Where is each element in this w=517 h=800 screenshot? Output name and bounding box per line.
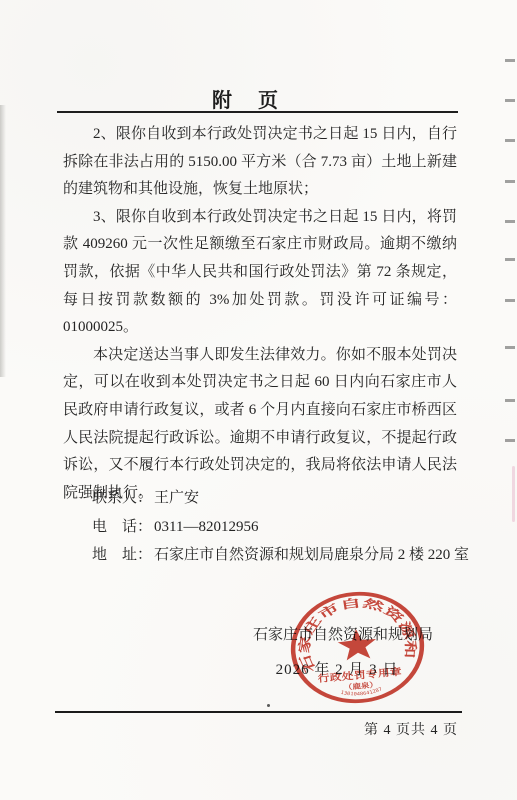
binding-mark [505,59,515,62]
contact-label: 地 址： [92,547,152,563]
contact-label: 联系人： [92,490,152,506]
contact-value: 王广安 [154,490,199,506]
contact-block: 联系人：王广安 电 话：0311—82012956 地 址：石家庄市自然资源和规… [92,484,472,570]
contact-value: 石家庄市自然资源和规划局鹿泉分局 2 楼 220 室 [154,547,469,563]
binding-mark [505,180,515,183]
title-underline [57,111,458,113]
official-seal: 石家庄市自然资源和规划局 行政处罚专用章 （鹿泉） 1301048641287 [281,582,434,713]
binding-mark [505,220,515,223]
page-title: 附 页 [0,84,505,113]
scanned-document-page: 附 页 2、限你自收到本行政处罚决定书之日起 15 日内，自行拆除在非法占用的 … [0,0,517,800]
binding-mark [505,99,515,102]
binding-mark [505,439,515,442]
body-paragraph: 3、限你自收到本行政处罚决定书之日起 15 日内，将罚款 409260 元一次性… [63,204,457,342]
document-body: 2、限你自收到本行政处罚决定书之日起 15 日内，自行拆除在非法占用的 5150… [63,121,457,507]
contact-label: 电 话： [92,519,152,535]
footer-rule [55,711,462,713]
seal-star-icon [337,627,378,661]
contact-row-phone: 电 话：0311—82012956 [92,513,472,542]
page-number: 第 4 页共 4 页 [364,719,458,739]
binding-mark [505,346,515,349]
contact-row-address: 地 址：石家庄市自然资源和规划局鹿泉分局 2 楼 220 室 [92,541,472,570]
scan-color-artifact [512,466,515,522]
scan-edge-shadow [0,105,6,377]
body-paragraph: 2、限你自收到本行政处罚决定书之日起 15 日内，自行拆除在非法占用的 5150… [63,121,457,204]
binding-mark [505,299,515,302]
contact-row-person: 联系人：王广安 [92,484,472,513]
binding-mark [505,139,515,142]
scan-dot-artifact [267,704,270,707]
body-paragraph: 本决定送达当事人即发生法律效力。你如不服本处罚决定，可以在收到本处罚决定书之日起… [63,342,457,508]
binding-mark [505,258,515,261]
binding-mark [505,399,515,402]
contact-value: 0311—82012956 [154,519,258,535]
